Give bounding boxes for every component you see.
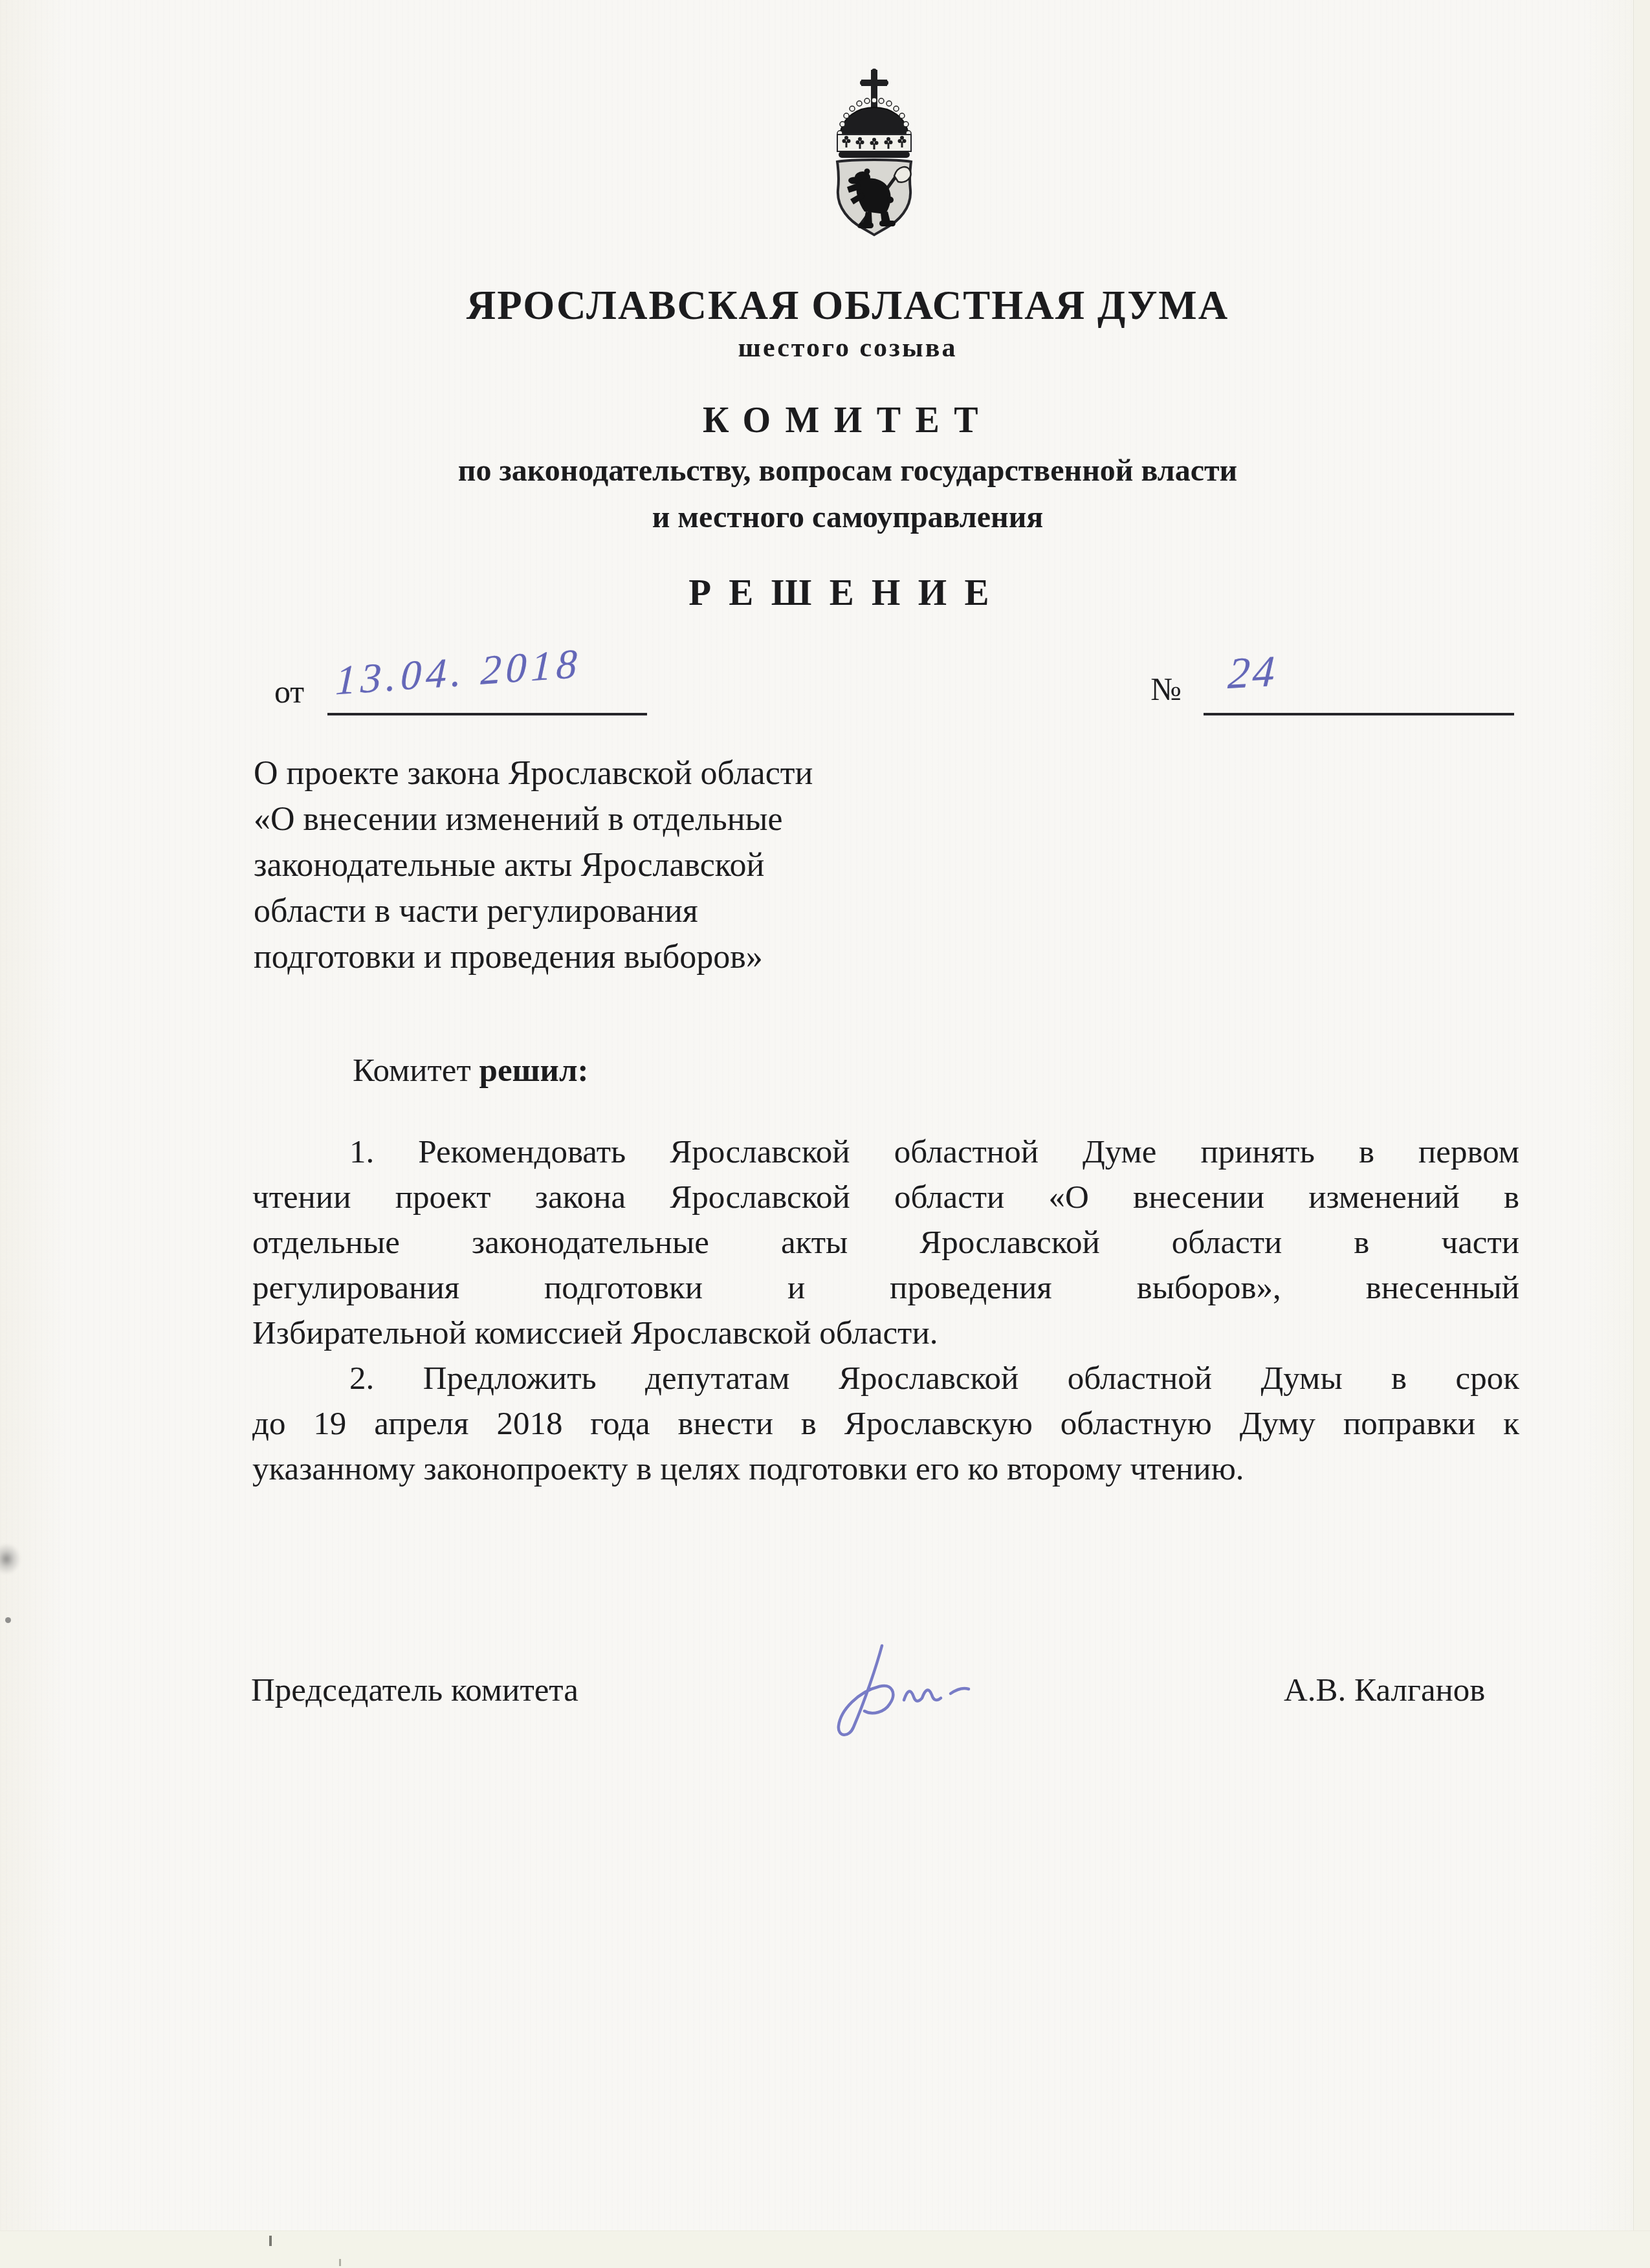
organization-name: ЯРОСЛАВСКАЯ ОБЛАСТНАЯ ДУМА xyxy=(52,282,1644,329)
scan-speck-artifact xyxy=(5,1617,11,1623)
scan-right-edge xyxy=(1633,0,1650,2268)
scan-tick-artifact xyxy=(339,2259,341,2266)
scan-smudge-artifact xyxy=(0,1543,21,1575)
item2-line: 2. Предложить депутатам Ярославской обла… xyxy=(252,1356,1519,1401)
document-type-title: РЕШЕНИЕ xyxy=(52,572,1644,614)
signer-position-title: Председатель комитета xyxy=(251,1672,578,1709)
subject-block: О проекте закона Ярославской области «О … xyxy=(254,750,1030,980)
resolution-body: 1. Рекомендовать Ярославской областной Д… xyxy=(252,1129,1519,1492)
resolution-lead: Комитет решил: xyxy=(353,1052,589,1089)
subject-line: подготовки и проведения выборов» xyxy=(254,934,1030,980)
lead-text: Комитет xyxy=(353,1052,479,1089)
signer-name: А.В. Калганов xyxy=(1284,1672,1485,1709)
handwritten-date-value: 13.04. 2018 xyxy=(335,640,582,705)
item1-line: 1. Рекомендовать Ярославской областной Д… xyxy=(252,1129,1519,1175)
convocation-line: шестого созыва xyxy=(52,333,1644,364)
scan-tick-artifact xyxy=(269,2236,272,2246)
handwritten-signature xyxy=(819,1637,1032,1753)
date-label: от xyxy=(274,673,304,710)
item1-line: чтении проект закона Ярославской области… xyxy=(252,1175,1519,1220)
subject-line: законодательные акты Ярославской xyxy=(254,842,1030,888)
lead-verb: решил: xyxy=(479,1052,589,1089)
scanned-document-page: ЯРОСЛАВСКАЯ ОБЛАСТНАЯ ДУМА шестого созыв… xyxy=(0,0,1650,2268)
yaroslavl-coat-of-arms-icon xyxy=(826,66,923,237)
item1-line: регулирования подготовки и проведения вы… xyxy=(252,1265,1519,1311)
committee-name: КОМИТЕТ xyxy=(52,400,1644,441)
subject-line: «О внесении изменений в отдельные xyxy=(254,796,1030,842)
date-underline xyxy=(327,713,647,715)
number-underline xyxy=(1204,713,1514,715)
subject-line: О проекте закона Ярославской области xyxy=(254,750,1030,796)
committee-scope-line-1: по законодательству, вопросам государств… xyxy=(52,453,1644,488)
item1-line: отдельные законодательные акты Ярославск… xyxy=(252,1220,1519,1265)
handwritten-number-value: 24 xyxy=(1227,646,1279,699)
number-label: № xyxy=(1150,670,1182,708)
scan-bottom-edge xyxy=(0,2230,1650,2268)
committee-scope-line-2: и местного самоуправления xyxy=(52,499,1644,535)
item2-line: указанному законопроекту в целях подгото… xyxy=(252,1446,1519,1492)
subject-line: области в части регулирования xyxy=(254,888,1030,934)
item2-line: до 19 апреля 2018 года внести в Ярославс… xyxy=(252,1401,1519,1446)
item1-line: Избирательной комиссией Ярославской обла… xyxy=(252,1311,1519,1356)
